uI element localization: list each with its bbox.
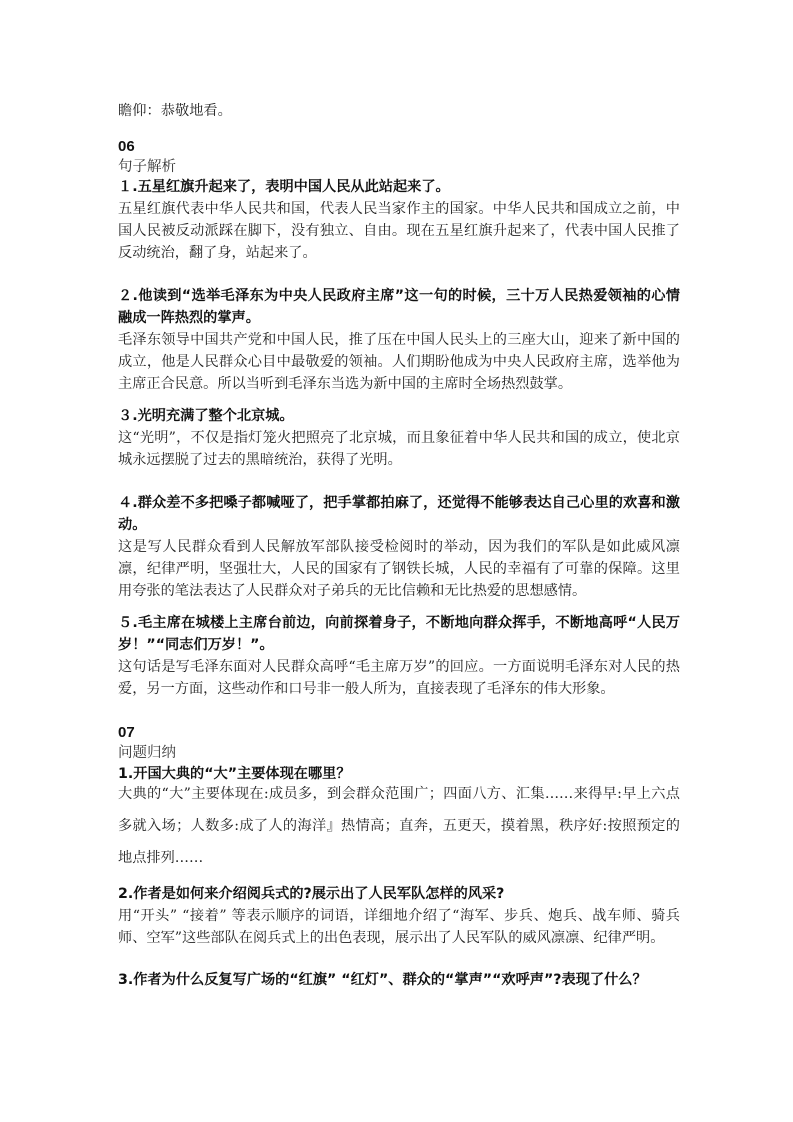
section-title-question-summary: 问题归纳 <box>118 743 176 763</box>
question-2-heading: 2.作者是如何来介绍阅兵式的?展示出了人民军队怎样的风采? <box>118 883 680 905</box>
analysis-item-3-body: 这“光明”，不仅是指灯笼火把照亮了北京城，而且象征着中华人民共和国的成立，使北京… <box>118 427 680 471</box>
analysis-item-5-heading: ５.毛主席在城楼上主席台前边，向前探着身子，不断地向群众挥手，不断地高呼“人民万… <box>118 612 680 656</box>
analysis-item-4-body: 这是写人民群众看到人民解放军部队接受检阅时的举动，因为我们的军队是如此威风凛凛，… <box>118 536 680 602</box>
analysis-item-1-body: 五星红旗代表中华人民共和国，代表人民当家作主的国家。中华人民共和国成立之前，中国… <box>118 198 680 264</box>
analysis-item-4-heading: ４.群众差不多把嗓子都喊哑了，把手掌都拍麻了，还觉得不能够表达自己心里的欢喜和激… <box>118 492 680 536</box>
section-title-sentence-analysis: 句子解析 <box>118 157 176 177</box>
section-number-07: 07 <box>118 723 135 743</box>
question-1-answer: 大典的“大”主要体现在:成员多，到会群众范围广；四面八方、汇集……来得早:早上六… <box>118 778 680 874</box>
section-number-06: 06 <box>118 137 135 157</box>
definition-text: 瞻仰：恭敬地看。 <box>118 101 232 121</box>
analysis-item-3-heading: ３.光明充满了整个北京城。 <box>118 405 680 427</box>
question-2-answer: 用“开头” “接着” 等表示顺序的词语，详细地介绍了“海军、步兵、炮兵、战车师、… <box>118 905 680 949</box>
analysis-item-1-heading: １.五星红旗升起来了，表明中国人民从此站起来了。 <box>118 176 680 198</box>
question-3-heading: 3.作者为什么反复写广场的“红旗” “红灯”、群众的“掌声”“欢呼声”?表现了什… <box>118 969 680 991</box>
analysis-item-2-heading: ２.他读到“选举毛泽东为中央人民政府主席”这一句的时候，三十万人民热爱领袖的心情… <box>118 285 680 329</box>
analysis-item-2-body: 毛泽东领导中国共产党和中国人民，推了压在中国人民头上的三座大山，迎来了新中国的成… <box>118 329 680 395</box>
analysis-item-5-body: 这句话是写毛泽东面对人民群众高呼“毛主席万岁”的回应。一方面说明毛泽东对人民的热… <box>118 656 680 700</box>
